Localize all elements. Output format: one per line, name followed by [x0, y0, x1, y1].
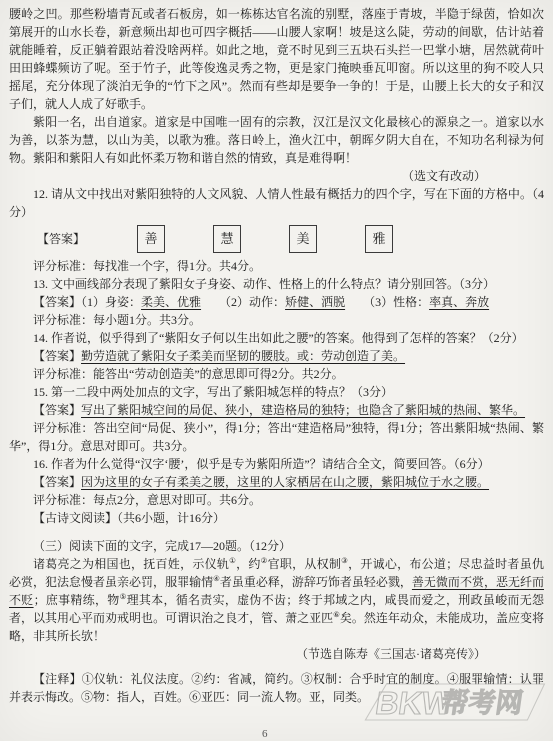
- q14-answer-label: 【答案】: [33, 349, 81, 363]
- q13-answer-part2: 矫健、洒脱: [285, 295, 345, 309]
- passage-text: 者虽重必释，游辞巧饰者虽轻必戮，: [220, 575, 412, 589]
- q16-answer-text: 因为这里的女子有柔美之腰，这里的人家栖居在山之腰，紫阳城位于水之腰。: [81, 475, 489, 489]
- q14-answer: 【答案】勤劳造就了紫阳女子柔美而坚韧的腰肢。或：劳动创造了美。: [9, 347, 544, 365]
- part3-intro: （三）阅读下面的文字，完成17—20题。（12分）: [9, 537, 544, 555]
- notes-text: ①仪轨：礼仪法度。②约：省减，简约。③权制：合乎时宜的制度。④服罪输情：认罪并表…: [9, 672, 544, 704]
- q13-answer-part3-label: （3）性格：: [363, 295, 429, 309]
- classical-passage: 诸葛亮之为相国也，抚百姓，示仪轨①，约②官职，从权制③，开诚心，布公道；尽忠益时…: [9, 555, 544, 645]
- exam-answer-page: 腰岭之凹。那些粉墙青瓦或者石板房，如一栋栋达官名流的别墅，落座于青坡，半隐于绿茵…: [0, 0, 553, 741]
- q12-criteria: 评分标准：每找准一个字，得1分。共4分。: [9, 257, 544, 275]
- q12-answer-row: 【答案】 善 慧 美 雅: [37, 222, 544, 256]
- source-note: （选文有改动）: [9, 167, 544, 185]
- q13-answer: 【答案】（1）身姿：柔美、优雅（2）动作：矫健、洒脱（3）性格：率真、奔放: [9, 293, 544, 311]
- q13-criteria: 评分标准：每小题1分。共3分。: [9, 311, 544, 329]
- essay-paragraph-continued: 腰岭之凹。那些粉墙青瓦或者石板房，如一栋栋达官名流的别墅，落座于青坡，半隐于绿茵…: [9, 5, 544, 113]
- notes-label: 【注释】: [33, 672, 82, 686]
- q15-answer-text: 写出了紫阳城空间的局促、狭小，建造格局的独特；也隐含了紫阳城的热闹、繁华。: [81, 403, 525, 417]
- q16-criteria: 评分标准：每点2分，意思对即可。共6分。: [9, 491, 544, 509]
- question-14: 14. 作者说，似乎得到了“紫阳女子何以生出如此之腰”的答案。他得到了怎样的答案…: [9, 329, 544, 347]
- passage-text: 诸葛亮之为相国也，抚百姓，示仪轨: [33, 557, 229, 571]
- q13-answer-part2-label: （2）动作：: [219, 295, 285, 309]
- note-ref-4: ④: [213, 574, 220, 583]
- note-ref-5: ⑤: [120, 592, 127, 601]
- question-15: 15. 第一二段中两处加点的文字，写出了紫阳城怎样的特点？（3分）: [9, 383, 544, 401]
- note-ref-6: ⑥: [333, 610, 340, 619]
- q14-criteria: 评分标准：能答出“劳动创造美”的意思即可得2分。共2分。: [9, 365, 544, 383]
- q12-answer-box-3: 美: [289, 225, 317, 253]
- passage-text: ，约: [236, 557, 261, 571]
- question-12: 12. 请从文中找出对紫阳独特的人文风貌、人情人性最有概括力的四个字，写在下面的…: [9, 185, 544, 221]
- passage-source: （节选自陈寿《三国志·诸葛亮传》）: [9, 645, 544, 663]
- question-16: 16. 作者为什么觉得“汉字‘腰’，似乎是专为紫阳所造”？请结合全文，简要回答。…: [9, 455, 544, 473]
- q15-answer-label: 【答案】: [33, 403, 81, 417]
- q16-answer: 【答案】因为这里的女子有柔美之腰，这里的人家栖居在山之腰，紫阳城位于水之腰。: [9, 473, 544, 491]
- q14-answer-text: 勤劳造就了紫阳女子柔美而坚韧的腰肢。或：劳动创造了美。: [81, 349, 405, 363]
- q15-criteria: 评分标准：答出空间“局促、狭小”，得1分；答出“建造格局”独特，得1分；答出紫阳…: [9, 419, 544, 455]
- q13-answer-part1: 柔美、优雅: [141, 295, 201, 309]
- passage-text: ；庶事精练，物: [34, 593, 120, 607]
- q12-answer-box-4: 雅: [365, 225, 393, 253]
- section-header-classical-reading: 【古诗文阅读】（共6小题，计16分）: [9, 509, 544, 527]
- passage-notes: 【注释】①仪轨：礼仪法度。②约：省减，简约。③权制：合乎时宜的制度。④服罪输情：…: [9, 670, 544, 706]
- passage-text: 官职，从权制: [268, 557, 342, 571]
- q15-answer: 【答案】写出了紫阳城空间的局促、狭小，建造格局的独特；也隐含了紫阳城的热闹、繁华…: [9, 401, 544, 419]
- q12-answer-label: 【答案】: [37, 230, 85, 248]
- essay-paragraph-2: 紫阳一名，出自道家。道家是中国唯一固有的宗教，汉江是汉文化最核心的源泉之一。道家…: [9, 113, 544, 167]
- q13-answer-label: 【答案】: [33, 295, 81, 309]
- q16-answer-label: 【答案】: [33, 475, 81, 489]
- q13-answer-part3: 率真、奔放: [429, 295, 489, 309]
- q12-answer-box-1: 善: [137, 225, 165, 253]
- question-13: 13. 文中画线部分表现了紫阳女子身姿、动作、性格上的什么特点？请分别回答。（3…: [9, 275, 544, 293]
- page-number: 6: [262, 725, 268, 741]
- q13-answer-part1-label: （1）身姿：: [81, 295, 141, 309]
- q12-answer-box-2: 慧: [213, 225, 241, 253]
- note-ref-2: ②: [261, 556, 268, 565]
